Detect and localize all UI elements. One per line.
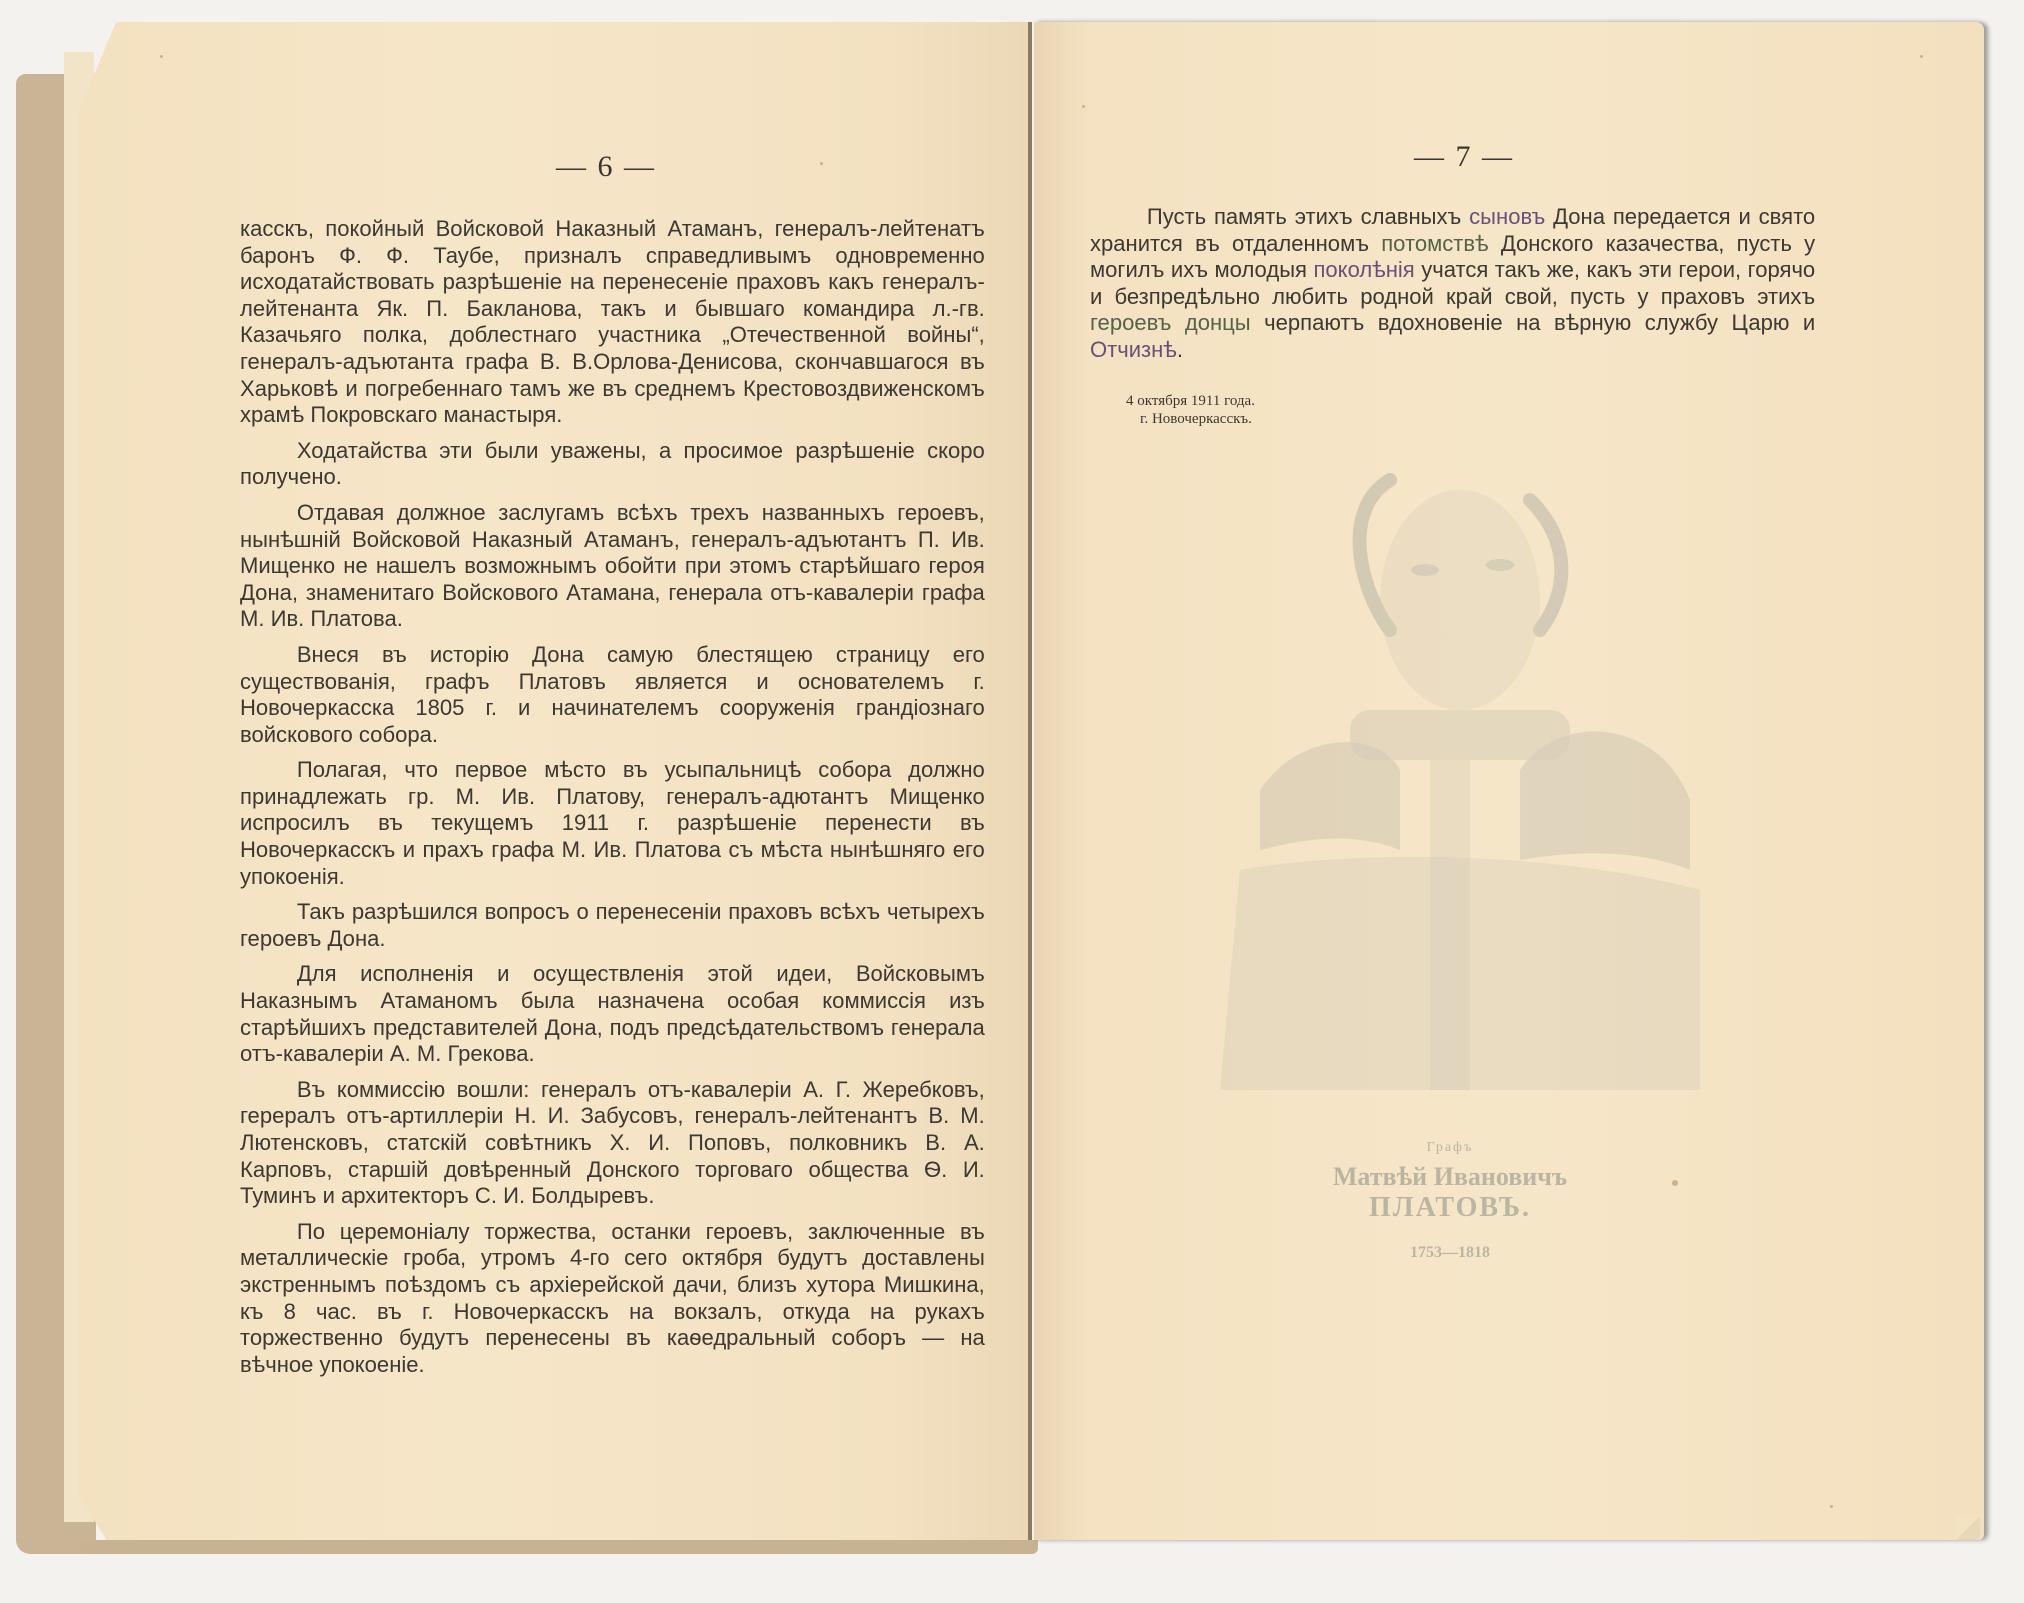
caption-years: 1753—1818 bbox=[1200, 1244, 1700, 1262]
scan-scene: — 6 — касскъ, покойный Войсковой Наказны… bbox=[0, 0, 2024, 1603]
paragraph: По церемоніалу торжества, останки героев… bbox=[240, 1219, 985, 1379]
booklet-spine bbox=[1028, 22, 1032, 1540]
text-run-tinted: Отчизнѣ bbox=[1090, 337, 1177, 362]
text-run: Пусть память этихъ славныхъ bbox=[1147, 204, 1469, 229]
page-number-right: — 7 — bbox=[1414, 140, 1514, 174]
back-cover-bottom-edge bbox=[78, 1540, 1038, 1554]
paragraph: Отдавая должное заслугамъ всѣхъ трехъ на… bbox=[240, 500, 985, 633]
foxing-speck bbox=[1920, 55, 1923, 58]
text-run-tinted: потомствѣ bbox=[1381, 231, 1488, 256]
folded-corner bbox=[1956, 1516, 1980, 1540]
paragraph: Ходатайства эти были уважены, а просимое… bbox=[240, 438, 985, 491]
paragraph: Въ коммиссію вошли: генералъ отъ-кавалер… bbox=[240, 1077, 985, 1210]
text-run-tinted: сыновъ bbox=[1469, 204, 1545, 229]
left-page-body: касскъ, покойный Войсковой Наказный Атам… bbox=[240, 216, 1000, 1387]
dateline-place: г. Новочеркасскъ. bbox=[1126, 410, 1255, 428]
bleed-through-caption: Графъ Матвѣй Ивановичъ ПЛАТОВЪ. 1753—181… bbox=[1200, 1140, 1700, 1262]
paragraph: касскъ, покойный Войсковой Наказный Атам… bbox=[240, 216, 985, 429]
paragraph: Полагая, что первое мѣсто въ усыпальницѣ… bbox=[240, 757, 985, 890]
page-number-left: — 6 — bbox=[556, 150, 656, 184]
text-run: черпаютъ вдохновеніе на вѣрную службу Ца… bbox=[1251, 310, 1816, 335]
foxing-speck bbox=[1082, 105, 1085, 108]
dateline-date: 4 октября 1911 года. bbox=[1126, 392, 1255, 410]
text-run-tinted: героевъ донцы bbox=[1090, 310, 1251, 335]
paragraph: Внеся въ исторію Дона самую блестящею ст… bbox=[240, 642, 985, 748]
foxing-speck bbox=[820, 162, 823, 165]
text-run: . bbox=[1177, 337, 1183, 362]
paragraph: Для исполненія и осуществленія этой идеи… bbox=[240, 961, 985, 1067]
caption-name: Матвѣй Ивановичъ bbox=[1200, 1162, 1700, 1192]
bleed-through-portrait-icon bbox=[1200, 470, 1700, 1090]
caption-title: Графъ bbox=[1200, 1140, 1700, 1156]
foxing-speck bbox=[160, 55, 163, 58]
foxing-speck bbox=[1672, 1180, 1678, 1186]
paragraph: Такъ разрѣшился вопросъ о перенесеніи пр… bbox=[240, 899, 985, 952]
caption-surname: ПЛАТОВЪ. bbox=[1200, 1192, 1700, 1224]
dateline: 4 октября 1911 года. г. Новочеркасскъ. bbox=[1126, 392, 1255, 428]
text-run-tinted: поколѣнія bbox=[1313, 257, 1414, 282]
closing-paragraph: Пусть память этихъ славныхъ сыновъ Дона … bbox=[1090, 204, 1815, 364]
right-page-body: Пусть память этихъ славныхъ сыновъ Дона … bbox=[1090, 204, 1830, 373]
foxing-speck bbox=[1830, 1505, 1833, 1508]
